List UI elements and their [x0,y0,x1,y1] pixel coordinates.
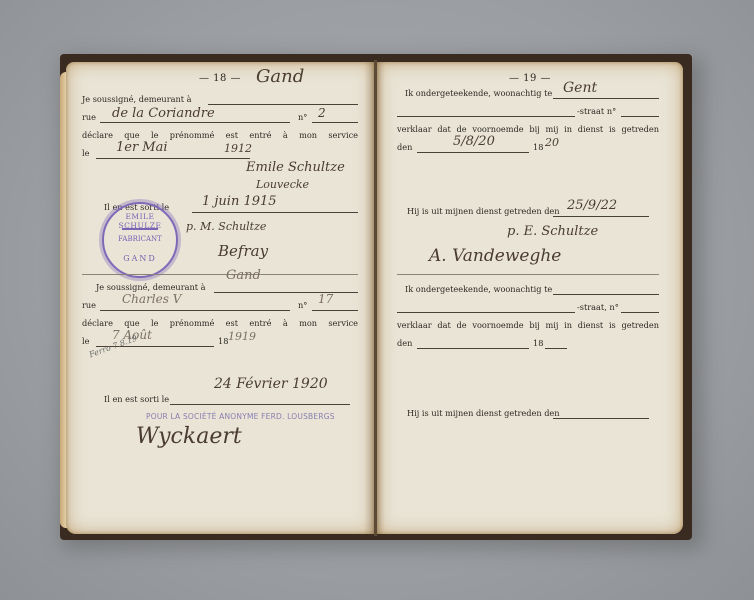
year-prefix: 18 [533,142,543,152]
label-street: rue [82,112,96,122]
word: mij [545,124,558,134]
section-divider [82,274,358,275]
word: est [226,130,238,140]
year-prefix: 18 [218,336,228,346]
word: prénommé [170,130,215,140]
word: mij [545,320,558,330]
word: getreden [621,124,659,134]
handwritten-exit-date: 1 juin 1915 [202,194,277,209]
year-prefix-2: 18 [533,338,543,348]
blank-line [214,292,358,293]
blank-line [100,122,290,123]
label-date: le [82,148,89,158]
handwritten-number-2: 17 [318,292,333,306]
word: déclare [82,318,113,328]
word: verklaar [397,320,432,330]
word: est [226,318,238,328]
word: prénommé [170,318,215,328]
word: service [328,130,358,140]
word: voornoemde [472,320,523,330]
word: que [124,318,139,328]
word: getreden [621,320,659,330]
exit-signature-1: p. M. Schultze [186,220,266,233]
word: à [283,318,288,328]
word: de [457,320,467,330]
word: déclare [82,130,113,140]
label-exit: Hij is uit mijnen dienst getreden den [407,206,560,216]
manager-signature: Wyckaert [136,424,242,449]
word: entré [249,318,271,328]
page-number: — 19 — [377,73,683,84]
handwritten-date: 1er Mai [116,140,168,155]
label-number-2: n° [298,300,307,310]
word: service [328,318,358,328]
label-exit-2: Hij is uit mijnen dienst getreden den [407,408,560,418]
declaration-line-2: déclare que le prénommé est entré à mon … [82,318,358,328]
word: de [457,124,467,134]
word: dat [437,124,450,134]
blank-line [170,404,350,405]
blank-line [553,98,659,99]
blank-line [417,152,529,153]
page-number: — 18 — [66,73,374,84]
declaration-line-2: verklaar dat de voornoemde bij mij in di… [397,320,659,330]
blank-line [192,212,358,213]
word: is [609,320,616,330]
word: le [151,130,158,140]
exit-signature-1: p. E. Schultze [507,224,598,239]
declaration-line: verklaar dat de voornoemde bij mij in di… [397,124,659,134]
exit-signature-2: A. Vandeweghe [429,246,561,266]
blank-line [545,348,567,349]
employer-signature: Emile Schultze [246,160,345,175]
handwritten-street: de la Coriandre [112,106,215,121]
handwritten-year: 20 [545,136,559,149]
word: bij [529,124,539,134]
blank-line [553,418,649,419]
label-residence-2: Je soussigné, demeurant à [96,282,206,292]
word: à [283,130,288,140]
blank-line [397,116,575,117]
word: bij [529,320,539,330]
stamp-text-bottom: GAND [104,254,176,263]
stamp-emblem-icon [122,228,158,230]
word: is [609,124,616,134]
label-residence: Ik ondergeteekende, woonachtig te [405,88,552,98]
word: mon [299,130,317,140]
word: in [564,124,572,134]
company-seal-stamp: EMILE SCHULZE FABRICANT GAND [102,202,178,278]
handwritten-city: Gent [563,80,597,96]
word: que [124,130,139,140]
label-street-2: -straat, n° [577,302,619,312]
blank-line [417,348,529,349]
blank-line [100,310,290,311]
label-street: -straat n° [577,106,616,116]
blank-line [621,312,659,313]
label-street-2: rue [82,300,96,310]
handwritten-date: 5/8/20 [453,134,495,149]
right-page: — 19 — Ik ondergeteekende, woonachtig te… [377,62,683,534]
handwritten-city: Gand [256,66,304,87]
word: dat [437,320,450,330]
label-residence-2: Ik ondergeteekende, woonachtig te [405,284,552,294]
word: voornoemde [472,124,523,134]
blank-line [553,216,649,217]
word: verklaar [397,124,432,134]
company-ink-stamp: POUR LA SOCIÉTÉ ANONYME FERD. LOUSBERGS [146,412,335,421]
label-date-2: den [397,338,412,348]
blank-line [96,158,250,159]
label-date: den [397,142,412,152]
blank-line [312,122,358,123]
handwritten-year: 1912 [224,142,252,155]
blank-line [208,104,358,105]
handwritten-exit-date-2: 24 Février 1920 [214,376,328,392]
label-exit-2: Il en est sorti le [104,394,169,404]
word: dienst [578,320,603,330]
blank-line [553,294,659,295]
blank-line [397,312,575,313]
employer-signature-2: Louvecke [256,178,309,191]
declaration-line: déclare que le prénommé est entré à mon … [82,130,358,140]
label-residence: Je soussigné, demeurant à [82,94,192,104]
word: entré [249,130,271,140]
handwritten-exit-date: 25/9/22 [567,198,617,213]
handwritten-year-2: 1919 [228,330,256,343]
handwritten-street-2: Charles V [122,292,181,306]
word: le [151,318,158,328]
blank-line [312,310,358,311]
handwritten-city-2: Gand [226,268,261,283]
handwritten-number: 2 [318,106,326,120]
stamp-text-middle: FABRICANT [104,235,176,243]
word: in [564,320,572,330]
exit-signature-2: Befray [218,242,268,260]
blank-line [621,116,659,117]
label-number: n° [298,112,307,122]
section-divider [397,274,659,275]
left-page: — 18 — Gand Je soussigné, demeurant à ru… [66,62,374,534]
label-date-2: le [82,336,89,346]
word: mon [299,318,317,328]
word: dienst [578,124,603,134]
